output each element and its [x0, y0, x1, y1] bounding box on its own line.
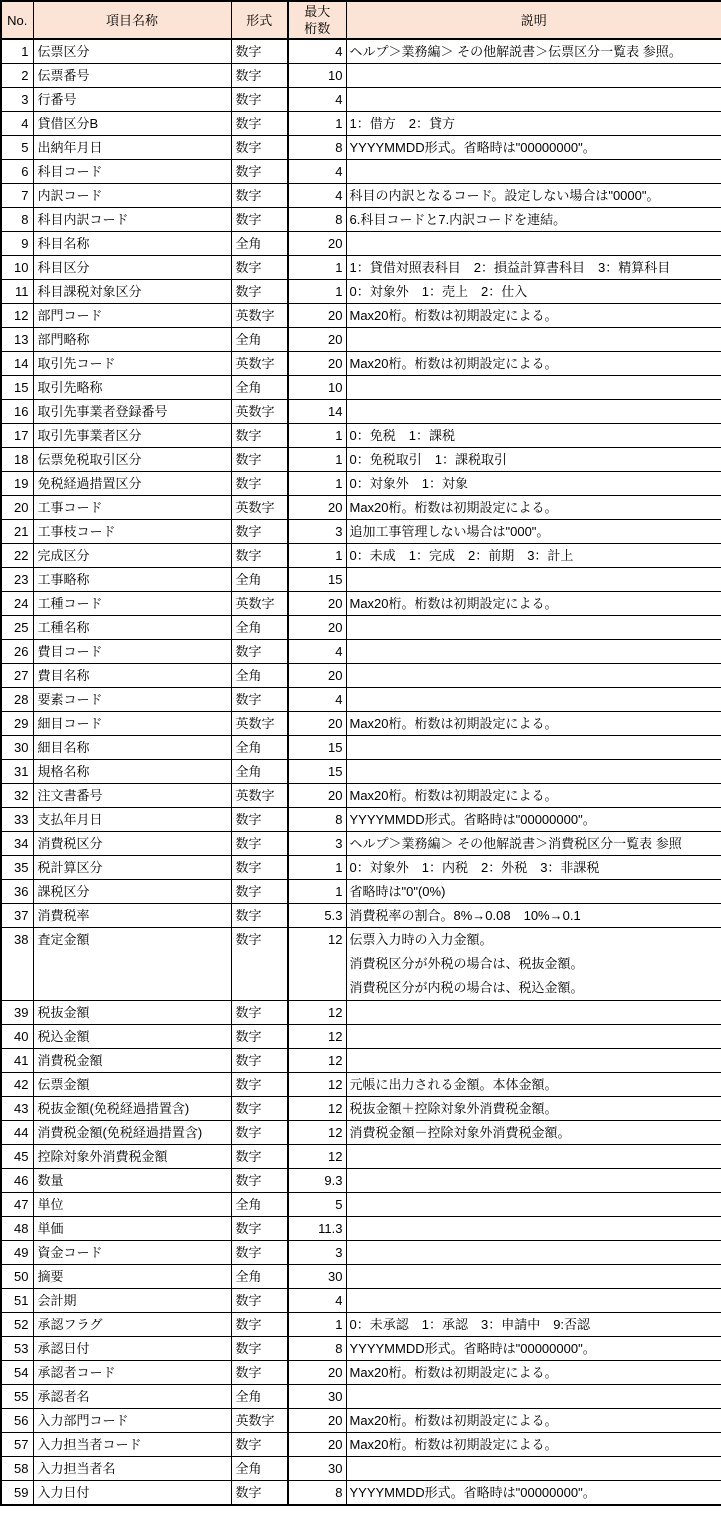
cell-max-digits: 1: [288, 448, 346, 472]
cell-item-name: 科目名称: [33, 232, 231, 256]
cell-description: 0：免税 1：課税: [346, 424, 721, 448]
cell-description: YYYYMMDD形式。省略時は"00000000"。: [346, 1481, 721, 1506]
cell-max-digits: 1: [288, 544, 346, 568]
cell-item-name: 取引先コード: [33, 352, 231, 376]
cell-format: 数字: [231, 1241, 288, 1265]
cell-description: Max20桁。桁数は初期設定による。: [346, 496, 721, 520]
cell-no: 13: [1, 328, 33, 352]
cell-format: 全角: [231, 376, 288, 400]
cell-item-name: 工種名称: [33, 616, 231, 640]
cell-no: 9: [1, 232, 33, 256]
cell-description: 1：貸借対照表科目 2：損益計算書科目 3：精算科目: [346, 256, 721, 280]
cell-item-name: 取引先事業者登録番号: [33, 400, 231, 424]
cell-format: 数字: [231, 928, 288, 1001]
cell-item-name: 単価: [33, 1217, 231, 1241]
description-line: 伝票入力時の入力金額。: [350, 928, 721, 952]
cell-description: Max20桁。桁数は初期設定による。: [346, 1361, 721, 1385]
cell-item-name: 内訳コード: [33, 184, 231, 208]
cell-format: 数字: [231, 1337, 288, 1361]
cell-description: 科目の内訳となるコード。設定しない場合は"0000"。: [346, 184, 721, 208]
cell-description: Max20桁。桁数は初期設定による。: [346, 304, 721, 328]
cell-format: 全角: [231, 1457, 288, 1481]
cell-item-name: 承認者コード: [33, 1361, 231, 1385]
cell-description: [346, 1169, 721, 1193]
cell-max-digits: 30: [288, 1265, 346, 1289]
cell-no: 1: [1, 39, 33, 64]
cell-max-digits: 20: [288, 304, 346, 328]
cell-description: [346, 1145, 721, 1169]
table-row: 48 単価 数字 11.3: [1, 1217, 721, 1241]
cell-format: 数字: [231, 256, 288, 280]
cell-max-digits: 1: [288, 424, 346, 448]
cell-max-digits: 3: [288, 832, 346, 856]
cell-format: 数字: [231, 1121, 288, 1145]
cell-item-name: 工事枝コード: [33, 520, 231, 544]
cell-max-digits: 20: [288, 352, 346, 376]
table-row: 8 科目内訳コード 数字 8 6.科目コードと7.内訳コードを連結。: [1, 208, 721, 232]
cell-format: 数字: [231, 1313, 288, 1337]
cell-item-name: 査定金額: [33, 928, 231, 1001]
cell-no: 6: [1, 160, 33, 184]
cell-format: 数字: [231, 880, 288, 904]
table-row: 25 工種名称 全角 20: [1, 616, 721, 640]
cell-max-digits: 4: [288, 39, 346, 64]
table-row: 15 取引先略称 全角 10: [1, 376, 721, 400]
cell-max-digits: 1: [288, 856, 346, 880]
cell-item-name: 費目名称: [33, 664, 231, 688]
table-row: 2 伝票番号 数字 10: [1, 64, 721, 88]
cell-description: [346, 328, 721, 352]
cell-max-digits: 20: [288, 664, 346, 688]
cell-no: 50: [1, 1265, 33, 1289]
cell-format: 英数字: [231, 352, 288, 376]
table-row: 28 要素コード 数字 4: [1, 688, 721, 712]
cell-no: 57: [1, 1433, 33, 1457]
cell-no: 49: [1, 1241, 33, 1265]
cell-no: 33: [1, 808, 33, 832]
cell-no: 25: [1, 616, 33, 640]
header-row: No. 項目名称 形式 最大 桁数 説明: [1, 1, 721, 39]
cell-item-name: 入力担当者名: [33, 1457, 231, 1481]
cell-description: [346, 64, 721, 88]
cell-format: 数字: [231, 1433, 288, 1457]
cell-description: YYYYMMDD形式。省略時は"00000000"。: [346, 136, 721, 160]
cell-format: 全角: [231, 1385, 288, 1409]
cell-format: 全角: [231, 736, 288, 760]
table-row: 36 課税区分 数字 1 省略時は"0"(0%): [1, 880, 721, 904]
cell-max-digits: 8: [288, 1337, 346, 1361]
cell-format: 数字: [231, 1049, 288, 1073]
cell-description: [346, 760, 721, 784]
cell-description: 0：対象外 1：対象: [346, 472, 721, 496]
cell-description: [346, 376, 721, 400]
cell-no: 34: [1, 832, 33, 856]
cell-description: Max20桁。桁数は初期設定による。: [346, 1409, 721, 1433]
cell-no: 29: [1, 712, 33, 736]
table-row: 57 入力担当者コード 数字 20 Max20桁。桁数は初期設定による。: [1, 1433, 721, 1457]
cell-no: 17: [1, 424, 33, 448]
cell-max-digits: 30: [288, 1385, 346, 1409]
cell-item-name: 取引先事業者区分: [33, 424, 231, 448]
cell-no: 48: [1, 1217, 33, 1241]
cell-format: 数字: [231, 112, 288, 136]
table-row: 19 免税経過措置区分 数字 1 0：対象外 1：対象: [1, 472, 721, 496]
cell-no: 26: [1, 640, 33, 664]
cell-format: 数字: [231, 1025, 288, 1049]
table-row: 18 伝票免税取引区分 数字 1 0：免税取引 1：課税取引: [1, 448, 721, 472]
cell-max-digits: 8: [288, 808, 346, 832]
cell-no: 14: [1, 352, 33, 376]
spec-table: No. 項目名称 形式 最大 桁数 説明 1 伝票区分 数字 4 ヘルプ＞業務編…: [0, 0, 721, 1506]
cell-no: 10: [1, 256, 33, 280]
cell-max-digits: 14: [288, 400, 346, 424]
cell-item-name: 課税区分: [33, 880, 231, 904]
cell-max-digits: 5.3: [288, 904, 346, 928]
table-row: 17 取引先事業者区分 数字 1 0：免税 1：課税: [1, 424, 721, 448]
table-row: 47 単位 全角 5: [1, 1193, 721, 1217]
table-row: 6 科目コード 数字 4: [1, 160, 721, 184]
cell-item-name: 伝票免税取引区分: [33, 448, 231, 472]
cell-no: 35: [1, 856, 33, 880]
cell-no: 59: [1, 1481, 33, 1506]
cell-item-name: 科目内訳コード: [33, 208, 231, 232]
cell-no: 5: [1, 136, 33, 160]
table-row: 55 承認者名 全角 30: [1, 1385, 721, 1409]
cell-format: 全角: [231, 328, 288, 352]
cell-max-digits: 20: [288, 496, 346, 520]
cell-no: 58: [1, 1457, 33, 1481]
cell-format: 数字: [231, 64, 288, 88]
cell-description: Max20桁。桁数は初期設定による。: [346, 592, 721, 616]
cell-no: 23: [1, 568, 33, 592]
cell-format: 数字: [231, 904, 288, 928]
cell-format: 数字: [231, 1073, 288, 1097]
cell-description: [346, 400, 721, 424]
cell-no: 22: [1, 544, 33, 568]
cell-item-name: 免税経過措置区分: [33, 472, 231, 496]
cell-description: [346, 664, 721, 688]
cell-description: 省略時は"0"(0%): [346, 880, 721, 904]
table-row: 41 消費税金額 数字 12: [1, 1049, 721, 1073]
table-row: 13 部門略称 全角 20: [1, 328, 721, 352]
cell-description: 税抜金額＋控除対象外消費税金額。: [346, 1097, 721, 1121]
cell-description: 元帳に出力される金額。本体金額。: [346, 1073, 721, 1097]
cell-description: [346, 160, 721, 184]
cell-format: 数字: [231, 1001, 288, 1025]
cell-description: [346, 1217, 721, 1241]
cell-no: 53: [1, 1337, 33, 1361]
cell-format: 数字: [231, 808, 288, 832]
cell-max-digits: 20: [288, 1433, 346, 1457]
cell-no: 21: [1, 520, 33, 544]
cell-max-digits: 1: [288, 112, 346, 136]
cell-description: 消費税金額－控除対象外消費税金額。: [346, 1121, 721, 1145]
cell-max-digits: 12: [288, 1073, 346, 1097]
cell-max-digits: 20: [288, 712, 346, 736]
cell-max-digits: 10: [288, 376, 346, 400]
cell-no: 28: [1, 688, 33, 712]
table-row: 4 貸借区分B 数字 1 1：借方 2：貸方: [1, 112, 721, 136]
cell-item-name: 入力担当者コード: [33, 1433, 231, 1457]
table-row: 16 取引先事業者登録番号 英数字 14: [1, 400, 721, 424]
cell-no: 40: [1, 1025, 33, 1049]
cell-max-digits: 1: [288, 256, 346, 280]
cell-item-name: 伝票金額: [33, 1073, 231, 1097]
table-row: 11 科目課税対象区分 数字 1 0：対象外 1：売上 2：仕入: [1, 280, 721, 304]
cell-item-name: 規格名称: [33, 760, 231, 784]
cell-no: 31: [1, 760, 33, 784]
table-row: 35 税計算区分 数字 1 0：対象外 1：内税 2：外税 3：非課税: [1, 856, 721, 880]
cell-no: 27: [1, 664, 33, 688]
cell-max-digits: 12: [288, 1001, 346, 1025]
cell-no: 32: [1, 784, 33, 808]
cell-item-name: 行番号: [33, 88, 231, 112]
cell-max-digits: 15: [288, 568, 346, 592]
cell-format: 数字: [231, 640, 288, 664]
cell-format: 数字: [231, 424, 288, 448]
cell-description: [346, 736, 721, 760]
cell-max-digits: 12: [288, 1025, 346, 1049]
table-row: 39 税抜金額 数字 12: [1, 1001, 721, 1025]
cell-description: [346, 1265, 721, 1289]
table-row: 44 消費税金額(免税経過措置含) 数字 12 消費税金額－控除対象外消費税金額…: [1, 1121, 721, 1145]
cell-description: [346, 232, 721, 256]
cell-max-digits: 4: [288, 160, 346, 184]
cell-no: 47: [1, 1193, 33, 1217]
cell-format: 数字: [231, 1169, 288, 1193]
table-row: 46 数量 数字 9.3: [1, 1169, 721, 1193]
cell-item-name: 税抜金額: [33, 1001, 231, 1025]
cell-description: 0：対象外 1：売上 2：仕入: [346, 280, 721, 304]
table-row: 42 伝票金額 数字 12 元帳に出力される金額。本体金額。: [1, 1073, 721, 1097]
cell-description: [346, 1001, 721, 1025]
cell-max-digits: 8: [288, 208, 346, 232]
cell-format: 数字: [231, 1481, 288, 1506]
table-row: 37 消費税率 数字 5.3 消費税率の割合。8%→0.08 10%→0.1: [1, 904, 721, 928]
cell-item-name: 支払年月日: [33, 808, 231, 832]
cell-item-name: 税計算区分: [33, 856, 231, 880]
cell-no: 54: [1, 1361, 33, 1385]
cell-format: 数字: [231, 472, 288, 496]
cell-no: 15: [1, 376, 33, 400]
cell-item-name: 工事略称: [33, 568, 231, 592]
cell-description: YYYYMMDD形式。省略時は"00000000"。: [346, 808, 721, 832]
cell-no: 11: [1, 280, 33, 304]
cell-format: 数字: [231, 160, 288, 184]
table-row: 1 伝票区分 数字 4 ヘルプ＞業務編＞ その他解説書＞伝票区分一覧表 参照。: [1, 39, 721, 64]
cell-format: 数字: [231, 208, 288, 232]
cell-description: 0：未承認 1：承認 3：申請中 9:否認: [346, 1313, 721, 1337]
cell-max-digits: 20: [288, 328, 346, 352]
cell-description: [346, 688, 721, 712]
cell-format: 数字: [231, 544, 288, 568]
cell-format: 英数字: [231, 1409, 288, 1433]
cell-no: 41: [1, 1049, 33, 1073]
cell-max-digits: 8: [288, 1481, 346, 1506]
table-row: 7 内訳コード 数字 4 科目の内訳となるコード。設定しない場合は"0000"。: [1, 184, 721, 208]
cell-max-digits: 30: [288, 1457, 346, 1481]
cell-description: ヘルプ＞業務編＞ その他解説書＞消費税区分一覧表 参照: [346, 832, 721, 856]
cell-max-digits: 3: [288, 1241, 346, 1265]
table-row: 43 税抜金額(免税経過措置含) 数字 12 税抜金額＋控除対象外消費税金額。: [1, 1097, 721, 1121]
table-row: 26 費目コード 数字 4: [1, 640, 721, 664]
cell-description: 0：未成 1：完成 2：前期 3：計上: [346, 544, 721, 568]
cell-format: 数字: [231, 1289, 288, 1313]
cell-max-digits: 15: [288, 760, 346, 784]
cell-format: 数字: [231, 88, 288, 112]
cell-description: [346, 616, 721, 640]
cell-max-digits: 20: [288, 1361, 346, 1385]
cell-item-name: 税抜金額(免税経過措置含): [33, 1097, 231, 1121]
cell-item-name: 出納年月日: [33, 136, 231, 160]
cell-no: 44: [1, 1121, 33, 1145]
cell-description: [346, 568, 721, 592]
cell-description: 伝票入力時の入力金額。消費税区分が外税の場合は、税抜金額。消費税区分が内税の場合…: [346, 928, 721, 1001]
table-row: 31 規格名称 全角 15: [1, 760, 721, 784]
table-row: 20 工事コード 英数字 20 Max20桁。桁数は初期設定による。: [1, 496, 721, 520]
cell-no: 45: [1, 1145, 33, 1169]
header-item-name: 項目名称: [33, 1, 231, 39]
cell-max-digits: 1: [288, 880, 346, 904]
cell-description: [346, 88, 721, 112]
cell-description: 6.科目コードと7.内訳コードを連結。: [346, 208, 721, 232]
cell-description: [346, 1289, 721, 1313]
cell-item-name: 伝票区分: [33, 39, 231, 64]
description-line: 消費税区分が内税の場合は、税込金額。: [350, 976, 721, 1000]
cell-format: 数字: [231, 280, 288, 304]
table-row: 53 承認日付 数字 8 YYYYMMDD形式。省略時は"00000000"。: [1, 1337, 721, 1361]
cell-description: 0：免税取引 1：課税取引: [346, 448, 721, 472]
cell-description: [346, 1049, 721, 1073]
table-row: 33 支払年月日 数字 8 YYYYMMDD形式。省略時は"00000000"。: [1, 808, 721, 832]
cell-no: 16: [1, 400, 33, 424]
cell-format: 全角: [231, 1265, 288, 1289]
table-row: 24 工種コード 英数字 20 Max20桁。桁数は初期設定による。: [1, 592, 721, 616]
cell-item-name: 承認日付: [33, 1337, 231, 1361]
cell-description: [346, 1025, 721, 1049]
cell-max-digits: 15: [288, 736, 346, 760]
cell-format: 数字: [231, 448, 288, 472]
cell-description: [346, 1457, 721, 1481]
cell-description: Max20桁。桁数は初期設定による。: [346, 352, 721, 376]
field-spec-sheet: No. 項目名称 形式 最大 桁数 説明 1 伝票区分 数字 4 ヘルプ＞業務編…: [0, 0, 721, 1506]
cell-description: [346, 640, 721, 664]
cell-max-digits: 12: [288, 1145, 346, 1169]
cell-no: 12: [1, 304, 33, 328]
cell-max-digits: 4: [288, 88, 346, 112]
cell-description: 1：借方 2：貸方: [346, 112, 721, 136]
cell-item-name: 貸借区分B: [33, 112, 231, 136]
cell-format: 英数字: [231, 496, 288, 520]
header-no: No.: [1, 1, 33, 39]
cell-format: 英数字: [231, 712, 288, 736]
cell-no: 55: [1, 1385, 33, 1409]
cell-item-name: 資金コード: [33, 1241, 231, 1265]
cell-format: 英数字: [231, 400, 288, 424]
cell-no: 19: [1, 472, 33, 496]
cell-item-name: 消費税金額: [33, 1049, 231, 1073]
cell-description: [346, 1385, 721, 1409]
table-row: 40 税込金額 数字 12: [1, 1025, 721, 1049]
cell-format: 数字: [231, 136, 288, 160]
cell-item-name: 入力部門コード: [33, 1409, 231, 1433]
cell-no: 37: [1, 904, 33, 928]
table-row: 45 控除対象外消費税金額 数字 12: [1, 1145, 721, 1169]
cell-item-name: 伝票番号: [33, 64, 231, 88]
cell-format: 全角: [231, 568, 288, 592]
table-row: 59 入力日付 数字 8 YYYYMMDD形式。省略時は"00000000"。: [1, 1481, 721, 1506]
cell-format: 英数字: [231, 304, 288, 328]
cell-item-name: 単位: [33, 1193, 231, 1217]
cell-max-digits: 1: [288, 472, 346, 496]
header-format: 形式: [231, 1, 288, 39]
cell-description: [346, 1193, 721, 1217]
cell-format: 英数字: [231, 592, 288, 616]
cell-item-name: 消費税金額(免税経過措置含): [33, 1121, 231, 1145]
cell-item-name: 入力日付: [33, 1481, 231, 1506]
cell-no: 24: [1, 592, 33, 616]
cell-item-name: 取引先略称: [33, 376, 231, 400]
cell-no: 7: [1, 184, 33, 208]
cell-format: 数字: [231, 1097, 288, 1121]
table-row: 58 入力担当者名 全角 30: [1, 1457, 721, 1481]
cell-format: 全角: [231, 1193, 288, 1217]
cell-format: 全角: [231, 616, 288, 640]
cell-no: 36: [1, 880, 33, 904]
table-row: 38 査定金額 数字 12 伝票入力時の入力金額。消費税区分が外税の場合は、税抜…: [1, 928, 721, 1001]
cell-item-name: 会計期: [33, 1289, 231, 1313]
cell-description: [346, 1241, 721, 1265]
table-row: 5 出納年月日 数字 8 YYYYMMDD形式。省略時は"00000000"。: [1, 136, 721, 160]
cell-no: 42: [1, 1073, 33, 1097]
cell-max-digits: 20: [288, 232, 346, 256]
cell-no: 52: [1, 1313, 33, 1337]
cell-item-name: 工種コード: [33, 592, 231, 616]
table-row: 52 承認フラグ 数字 1 0：未承認 1：承認 3：申請中 9:否認: [1, 1313, 721, 1337]
cell-no: 39: [1, 1001, 33, 1025]
table-row: 22 完成区分 数字 1 0：未成 1：完成 2：前期 3：計上: [1, 544, 721, 568]
cell-format: 数字: [231, 1145, 288, 1169]
cell-format: 数字: [231, 1361, 288, 1385]
cell-no: 2: [1, 64, 33, 88]
cell-max-digits: 4: [288, 1289, 346, 1313]
table-row: 51 会計期 数字 4: [1, 1289, 721, 1313]
cell-max-digits: 11.3: [288, 1217, 346, 1241]
header-max-digits: 最大 桁数: [288, 1, 346, 39]
table-row: 49 資金コード 数字 3: [1, 1241, 721, 1265]
table-row: 12 部門コード 英数字 20 Max20桁。桁数は初期設定による。: [1, 304, 721, 328]
cell-item-name: 部門略称: [33, 328, 231, 352]
cell-no: 3: [1, 88, 33, 112]
cell-item-name: 完成区分: [33, 544, 231, 568]
cell-no: 30: [1, 736, 33, 760]
cell-item-name: 消費税率: [33, 904, 231, 928]
cell-item-name: 注文書番号: [33, 784, 231, 808]
cell-item-name: 摘要: [33, 1265, 231, 1289]
cell-max-digits: 12: [288, 928, 346, 1001]
cell-description: ヘルプ＞業務編＞ その他解説書＞伝票区分一覧表 参照。: [346, 39, 721, 64]
cell-format: 数字: [231, 520, 288, 544]
cell-description: 追加工事管理しない場合は"000"。: [346, 520, 721, 544]
cell-item-name: 部門コード: [33, 304, 231, 328]
cell-description: Max20桁。桁数は初期設定による。: [346, 1433, 721, 1457]
cell-max-digits: 9.3: [288, 1169, 346, 1193]
cell-item-name: 科目課税対象区分: [33, 280, 231, 304]
cell-item-name: 税込金額: [33, 1025, 231, 1049]
cell-max-digits: 10: [288, 64, 346, 88]
cell-item-name: 工事コード: [33, 496, 231, 520]
cell-format: 数字: [231, 184, 288, 208]
